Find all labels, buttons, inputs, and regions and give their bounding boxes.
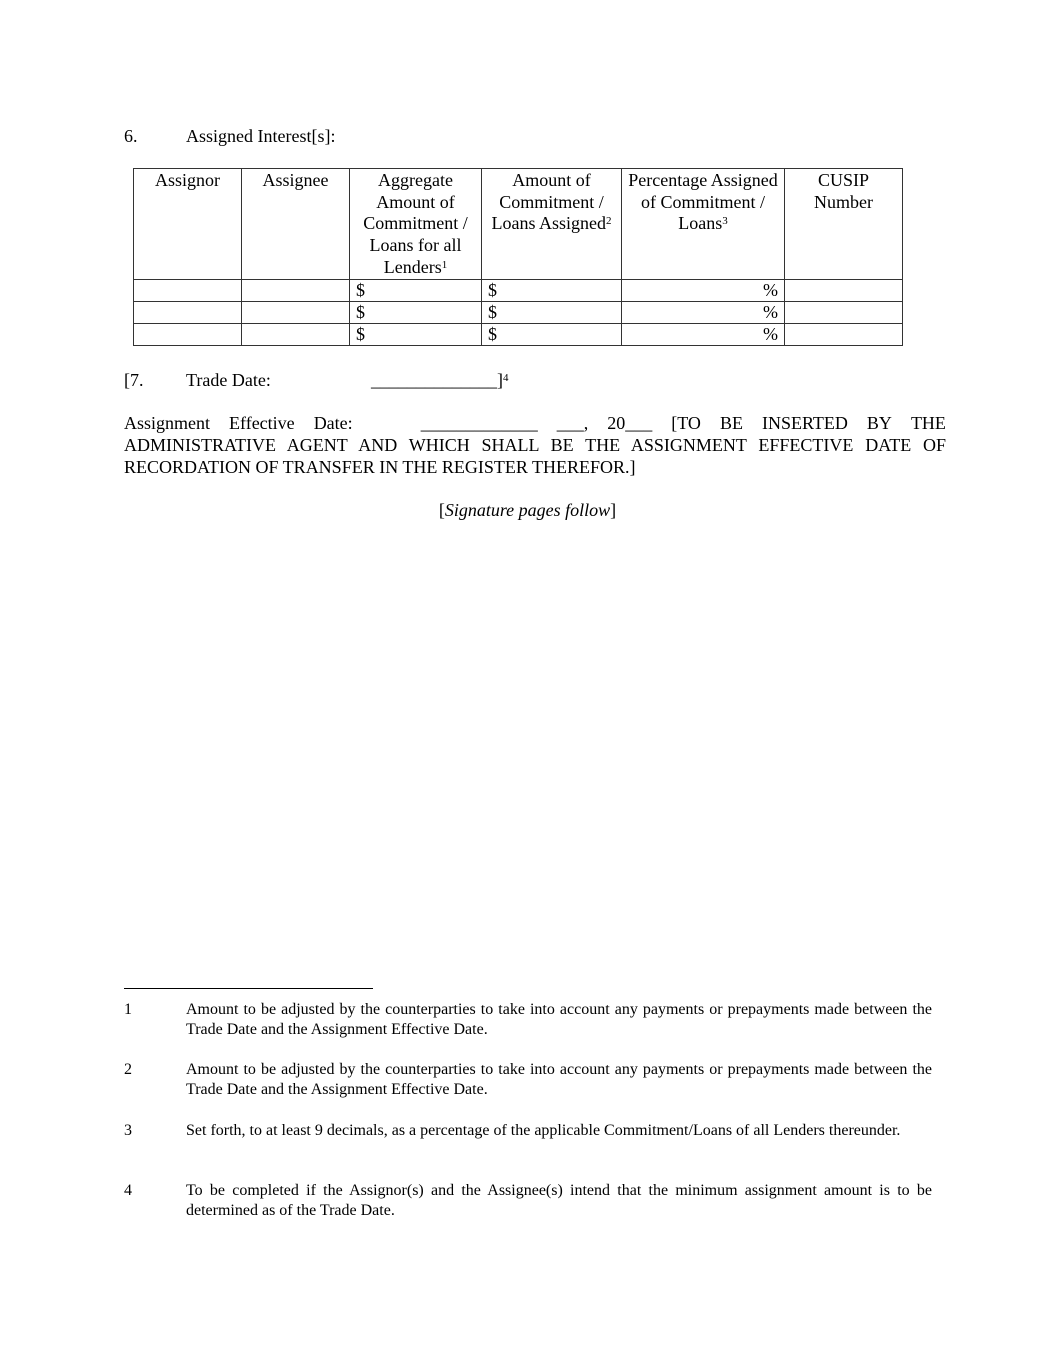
section-6-title: Assigned Interest[s]: [186,125,335,147]
cell-assignee[interactable] [242,279,350,301]
effective-date-first-line: Assignment Effective Date: _____________… [124,412,946,434]
footnote-divider [124,988,373,989]
effective-date-day-blank[interactable]: ___, [557,412,589,434]
cell-cusip[interactable] [785,323,903,345]
table-row: $ $ % [134,279,903,301]
footnote-text: Amount to be adjusted by the counterpart… [186,1000,932,1040]
table-row: $ $ % [134,323,903,345]
footnote-text: To be completed if the Assignor(s) and t… [186,1181,932,1221]
cell-percentage[interactable]: % [622,279,785,301]
cell-aggregate-amount[interactable]: $ [350,301,482,323]
cell-amount-assigned[interactable]: $ [482,301,622,323]
cell-percentage[interactable]: % [622,323,785,345]
header-percentage-assigned: Percentage Assigned of Commitment / Loan… [622,169,785,280]
signature-pages-note: [Signature pages follow] [0,499,1055,521]
header-aggregate-amount: Aggregate Amount of Commitment / Loans f… [350,169,482,280]
cell-assignor[interactable] [134,323,242,345]
header-amount-assigned: Amount of Commitment / Loans Assigned2 [482,169,622,280]
trade-date-blank[interactable]: ______________]4 [371,369,509,391]
header-assignor: Assignor [134,169,242,280]
cell-assignor[interactable] [134,279,242,301]
footnote-number: 2 [124,1060,132,1080]
cell-percentage[interactable]: % [622,301,785,323]
footnote-2: 2 Amount to be adjusted by the counterpa… [124,1060,932,1100]
cell-aggregate-amount[interactable]: $ [350,279,482,301]
table-header-row: Assignor Assignee Aggregate Amount of Co… [134,169,903,280]
cell-amount-assigned[interactable]: $ [482,279,622,301]
section-6-number: 6. [124,125,138,147]
assignment-effective-date: Assignment Effective Date: _____________… [124,412,946,478]
table-row: $ $ % [134,301,903,323]
footnote-number: 1 [124,1000,132,1020]
effective-date-year-blank[interactable]: 20___ [607,412,652,434]
section-7-number: [7. [124,370,144,390]
footnote-3: 3 Set forth, to at least 9 decimals, as … [124,1121,932,1161]
header-cusip-number: CUSIP Number [785,169,903,280]
footnote-text: Amount to be adjusted by the counterpart… [186,1060,932,1100]
cell-aggregate-amount[interactable]: $ [350,323,482,345]
header-assignee: Assignee [242,169,350,280]
cell-cusip[interactable] [785,279,903,301]
effective-date-note: ADMINISTRATIVE AGENT AND WHICH SHALL BE … [124,434,946,478]
assigned-interest-table: Assignor Assignee Aggregate Amount of Co… [133,168,903,346]
cell-assignor[interactable] [134,301,242,323]
footnote-1: 1 Amount to be adjusted by the counterpa… [124,1000,932,1040]
cell-assignee[interactable] [242,301,350,323]
footnote-number: 3 [124,1121,132,1141]
trade-date-line: [7. Trade Date: ______________]4 [124,369,724,391]
footnote-number: 4 [124,1181,132,1201]
footnote-4: 4 To be completed if the Assignor(s) and… [124,1181,932,1221]
cell-cusip[interactable] [785,301,903,323]
footnote-text: Set forth, to at least 9 decimals, as a … [186,1121,932,1141]
trade-date-label: Trade Date: [186,369,271,391]
effective-date-month-blank[interactable]: _____________ [421,412,538,434]
cell-assignee[interactable] [242,323,350,345]
cell-amount-assigned[interactable]: $ [482,323,622,345]
